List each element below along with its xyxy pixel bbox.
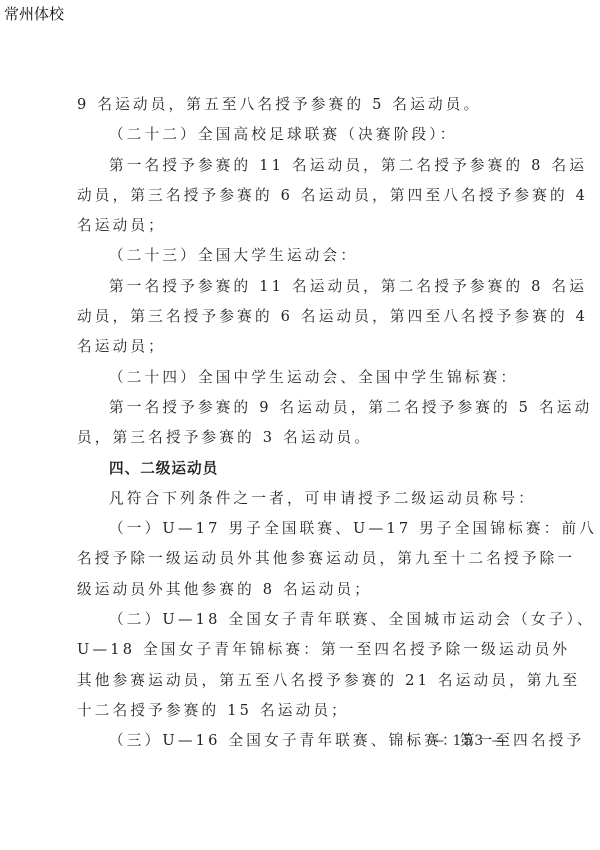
text-line: U—18 全国女子青年锦标赛：第一至四名授予除一级运动员外 [77,635,521,665]
text-line: 凡符合下列条件之一者，可申请授予二级运动员称号： [77,484,521,514]
text-line: 9 名运动员，第五至八名授予参赛的 5 名运动员。 [77,90,521,120]
watermark-label: 常州体校 [4,3,64,24]
text-line: 第一名授予参赛的 11 名运动员，第二名授予参赛的 8 名运 [77,272,521,302]
text-line: 动员，第三名授予参赛的 6 名运动员，第四至八名授予参赛的 4 [77,302,521,332]
text-line: 名运动员； [77,211,521,241]
text-line: 员，第三名授予参赛的 3 名运动员。 [77,423,521,453]
section-heading-23: （二十三）全国大学生运动会： [77,241,521,271]
page-number: — 153 — [430,733,508,749]
section-heading-24: （二十四）全国中学生运动会、全国中学生锦标赛： [77,363,521,393]
text-line: 动员，第三名授予参赛的 6 名运动员，第四至八名授予参赛的 4 [77,181,521,211]
text-line: 第一名授予参赛的 9 名运动员，第二名授予参赛的 5 名运动 [77,393,521,423]
document-body: 9 名运动员，第五至八名授予参赛的 5 名运动员。 （二十二）全国高校足球联赛（… [77,90,521,757]
text-line: 第一名授予参赛的 11 名运动员，第二名授予参赛的 8 名运 [77,151,521,181]
chapter-heading-level2-athlete: 四、二级运动员 [77,454,521,484]
item-1: （一）U—17 男子全国联赛、U—17 男子全国锦标赛：前八 [77,514,521,544]
text-line: 其他参赛运动员，第五至八名授予参赛的 21 名运动员，第九至 [77,666,521,696]
item-2: （二）U—18 全国女子青年联赛、全国城市运动会（女子）、 [77,605,521,635]
text-line: 名运动员； [77,332,521,362]
text-line: 名授予除一级运动员外其他参赛运动员，第九至十二名授予除一 [77,544,521,574]
section-heading-22: （二十二）全国高校足球联赛（决赛阶段）： [77,120,521,150]
text-line: 级运动员外其他参赛的 8 名运动员； [77,575,521,605]
text-line: 十二名授予参赛的 15 名运动员； [77,696,521,726]
